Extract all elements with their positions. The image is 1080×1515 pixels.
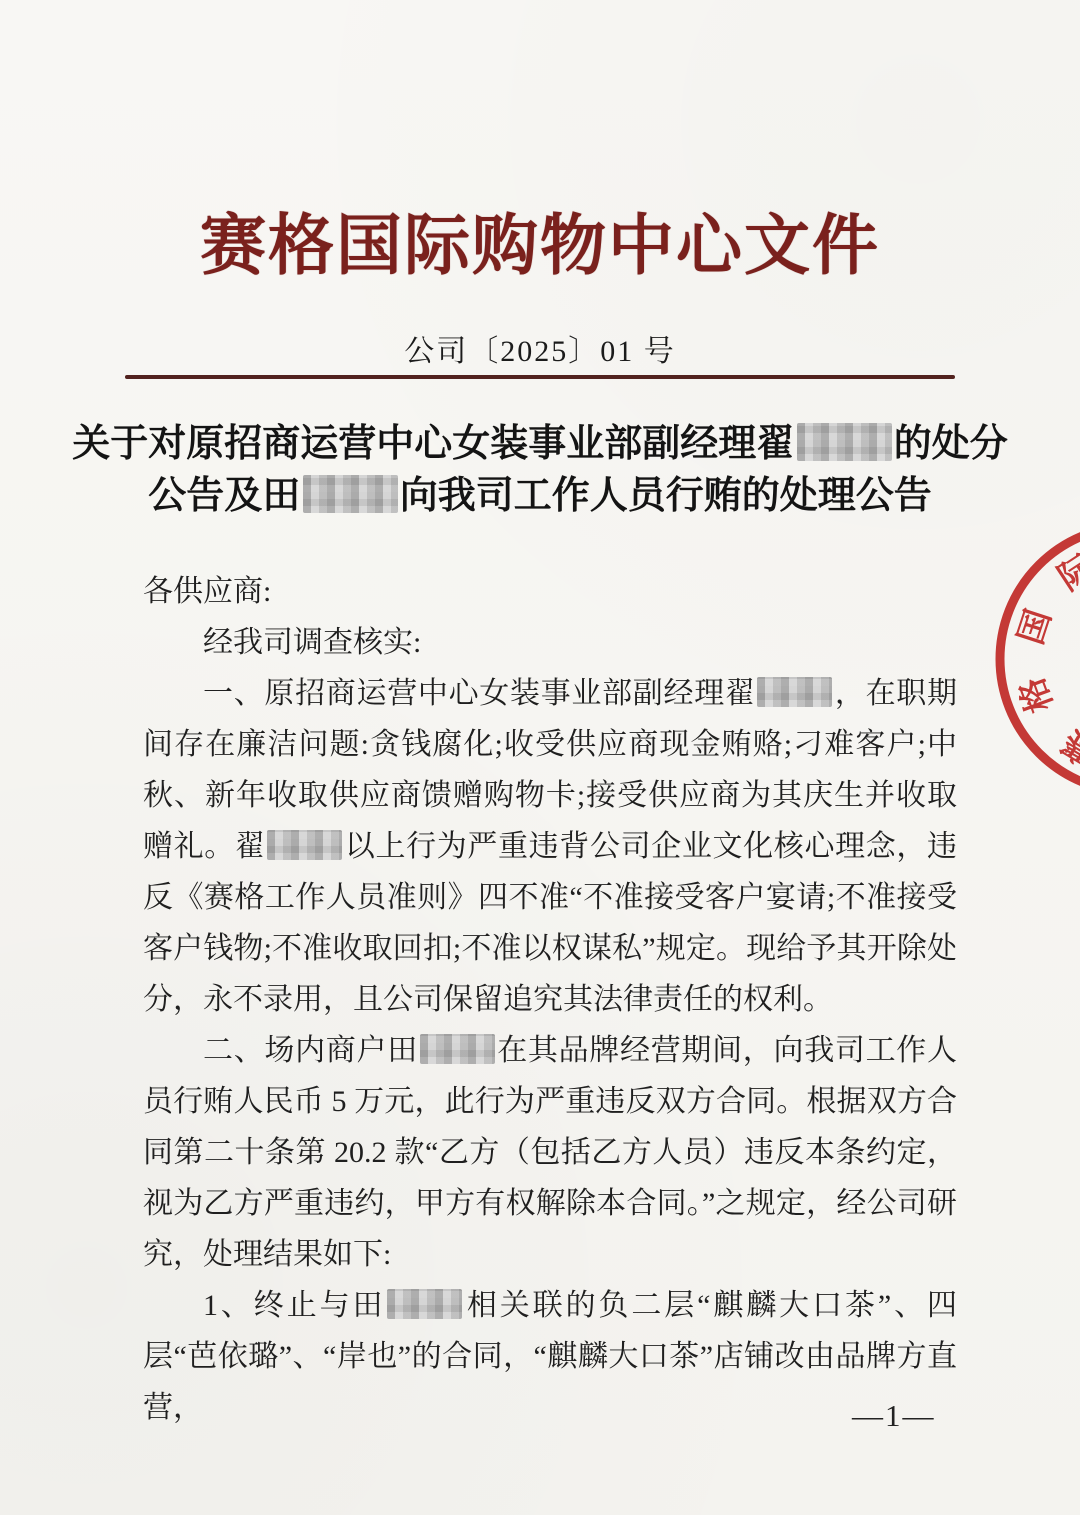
body-paragraph: 1、终止与田相关联的负二层“麒麟大口茶”、四层“芭依璐”、“岸也”的合同，“麒麟… [143, 1280, 957, 1433]
scanned-document-page: 赛格国际购物中心文件 公司〔2025〕01 号 关于对原招商运营中心女装事业部副… [0, 0, 1080, 1515]
redacted-name-blur [797, 423, 892, 462]
document-title: 关于对原招商运营中心女装事业部副经理翟的处分公告及田向我司工作人员行贿的处理公告 [70, 418, 1010, 522]
body-paragraph: 各供应商: [143, 566, 957, 617]
document-number: 公司〔2025〕01 号 [0, 326, 1080, 370]
redacted-name-blur [267, 830, 342, 861]
document-title-line: 关于对原招商运营中心女装事业部副经理翟的处分 [70, 418, 1010, 470]
document-title-line: 公告及田向我司工作人员行贿的处理公告 [70, 470, 1010, 522]
redacted-name-blur [303, 475, 398, 514]
header-divider-rule [125, 375, 955, 379]
body-paragraph: 经我司调查核实: [143, 617, 957, 668]
stamp-char: 国 [1012, 605, 1059, 649]
stamp-char: 格 [1013, 672, 1060, 717]
page-number: —1— [852, 1398, 936, 1434]
official-seal-stamp: 赛 格 国 际 购 物 中 心 [966, 492, 1080, 826]
redacted-name-blur [420, 1034, 495, 1065]
document-body: 各供应商:经我司调查核实:一、原招商运营中心女装事业部副经理翟，在职期间存在廉洁… [143, 566, 957, 1433]
redacted-name-blur [757, 677, 832, 708]
body-paragraph: 一、原招商运营中心女装事业部副经理翟，在职期间存在廉洁问题:贪钱腐化;收受供应商… [143, 668, 957, 1025]
redacted-name-blur [387, 1289, 462, 1320]
document-header-org-title: 赛格国际购物中心文件 [0, 192, 1080, 287]
body-paragraph: 二、场内商户田在其品牌经营期间，向我司工作人员行贿人民币 5 万元，此行为严重违… [143, 1025, 957, 1280]
